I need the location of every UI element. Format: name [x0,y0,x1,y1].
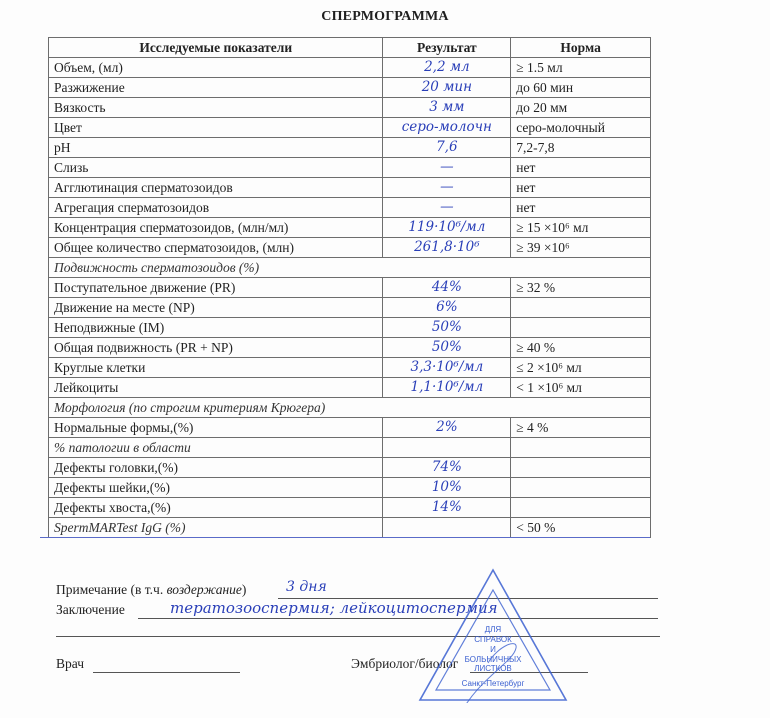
result-value: 261,8·10⁶ [383,238,511,258]
norm-value [511,318,651,338]
table-row: Объем, (мл)2,2 мл≥ 1.5 мл [49,58,651,78]
norm-value: нет [511,178,651,198]
indicator-label: Агрегация сперматозоидов [49,198,383,218]
result-value: — [383,158,511,178]
table-section-row: Морфология (по строгим критериям Крюгера… [49,398,651,418]
result-value: 74% [383,458,511,478]
table-row: Цветсеро-молочнсеро-молочный [49,118,651,138]
section-label: Подвижность сперматозоидов (%) [49,258,651,278]
result-value: 3 мм [383,98,511,118]
norm-value [511,498,651,518]
table-row: Дефекты головки,(%)74% [49,458,651,478]
table-row: Движение на месте (NP)6% [49,298,651,318]
result-value [383,438,511,458]
conclusion-underline [138,618,658,619]
norm-value: до 20 мм [511,98,651,118]
table-row: Слизь—нет [49,158,651,178]
indicator-label: Круглые клетки [49,358,383,378]
result-value: 44% [383,278,511,298]
norm-value: ≥ 32 % [511,278,651,298]
svg-text:ДЛЯ: ДЛЯ [485,625,502,634]
indicator-label: Цвет [49,118,383,138]
table-row: % патологии в области [49,438,651,458]
norm-value [511,478,651,498]
table-row: SpermMARTest IgG (%)< 50 % [49,518,651,538]
table-row: Нормальные формы,(%)2%≥ 4 % [49,418,651,438]
indicator-label: Дефекты хвоста,(%) [49,498,383,518]
norm-value [511,458,651,478]
table-row: Неподвижные (IM)50% [49,318,651,338]
result-value: 2,2 мл [383,58,511,78]
header-result: Результат [383,38,511,58]
indicator-label: Нормальные формы,(%) [49,418,383,438]
svg-text:И: И [490,645,496,654]
table-row: Общее количество сперматозоидов, (млн)26… [49,238,651,258]
table-row: Круглые клетки3,3·10⁶/мл≤ 2 ×10⁶ мл [49,358,651,378]
table-row: Поступательное движение (PR)44%≥ 32 % [49,278,651,298]
indicator-label: Объем, (мл) [49,58,383,78]
result-value: 3,3·10⁶/мл [383,358,511,378]
doctor-label: Врач [56,656,84,672]
norm-value: ≥ 1.5 мл [511,58,651,78]
indicator-label: Неподвижные (IM) [49,318,383,338]
extra-underline [56,636,660,637]
page-title: СПЕРМОГРАММА [0,9,770,25]
table-row: Лейкоциты1,1·10⁶/мл< 1 ×10⁶ мл [49,378,651,398]
indicator-label: Агглютинация сперматозоидов [49,178,383,198]
indicator-label: SpermMARTest IgG (%) [49,518,383,538]
stamp: ДЛЯ СПРАВОК И БОЛЬНИЧНЫХ ЛИСТКОВ Санкт-П… [418,568,568,708]
result-value: 119·10⁶/мл [383,218,511,238]
indicator-label: Слизь [49,158,383,178]
table-row: Агрегация сперматозоидов—нет [49,198,651,218]
indicator-label: Дефекты шейки,(%) [49,478,383,498]
section-label: Морфология (по строгим критериям Крюгера… [49,398,651,418]
result-value: серо-молочн [383,118,511,138]
indicator-label: Разжижение [49,78,383,98]
header-norm: Норма [511,38,651,58]
svg-text:ЛИСТКОВ: ЛИСТКОВ [474,664,512,673]
norm-value [511,298,651,318]
norm-value: до 60 мин [511,78,651,98]
norm-value: < 50 % [511,518,651,538]
note-value: 3 дня [286,579,327,595]
norm-value: ≥ 15 ×10⁶ мл [511,218,651,238]
indicator-label: Общее количество сперматозоидов, (млн) [49,238,383,258]
result-value: 50% [383,318,511,338]
table-row: Агглютинация сперматозоидов—нет [49,178,651,198]
indicator-label: Поступательное движение (PR) [49,278,383,298]
table-body: Объем, (мл)2,2 мл≥ 1.5 млРазжижение20 ми… [49,58,651,538]
result-value: 6% [383,298,511,318]
doctor-signature-line [93,672,240,673]
triangle-stamp-icon: ДЛЯ СПРАВОК И БОЛЬНИЧНЫХ ЛИСТКОВ Санкт-П… [418,568,568,703]
spermogram-table: Исследуемые показатели Результат Норма О… [48,37,651,538]
table-row: Дефекты шейки,(%)10% [49,478,651,498]
indicator-label: pH [49,138,383,158]
indicator-label: Движение на месте (NP) [49,298,383,318]
norm-value: ≥ 39 ×10⁶ [511,238,651,258]
indicator-label: Концентрация сперматозоидов, (млн/мл) [49,218,383,238]
norm-value: нет [511,158,651,178]
table-row: pH7,67,2-7,8 [49,138,651,158]
table-row: Дефекты хвоста,(%)14% [49,498,651,518]
norm-value: < 1 ×10⁶ мл [511,378,651,398]
result-value: — [383,178,511,198]
norm-value: нет [511,198,651,218]
strike-through-line [40,537,650,538]
indicator-label: % патологии в области [49,438,383,458]
svg-text:Санкт-Петербург: Санкт-Петербург [462,679,525,688]
result-value: 20 мин [383,78,511,98]
svg-text:БОЛЬНИЧНЫХ: БОЛЬНИЧНЫХ [465,655,523,664]
table-row: Общая подвижность (PR + NP)50%≥ 40 % [49,338,651,358]
indicator-label: Вязкость [49,98,383,118]
result-value: 50% [383,338,511,358]
conclusion-label: Заключение [56,602,125,618]
result-value: 14% [383,498,511,518]
result-value: — [383,198,511,218]
indicator-label: Дефекты головки,(%) [49,458,383,478]
table-section-row: Подвижность сперматозоидов (%) [49,258,651,278]
result-value [383,518,511,538]
result-value: 7,6 [383,138,511,158]
svg-text:СПРАВОК: СПРАВОК [474,635,512,644]
norm-value: ≤ 2 ×10⁶ мл [511,358,651,378]
table-row: Концентрация сперматозоидов, (млн/мл)119… [49,218,651,238]
table-header-row: Исследуемые показатели Результат Норма [49,38,651,58]
norm-value: ≥ 4 % [511,418,651,438]
note-label: Примечание (в т.ч. воздержание) [56,582,246,598]
result-value: 2% [383,418,511,438]
indicator-label: Общая подвижность (PR + NP) [49,338,383,358]
norm-value: серо-молочный [511,118,651,138]
table-row: Разжижение20 миндо 60 мин [49,78,651,98]
result-value: 1,1·10⁶/мл [383,378,511,398]
header-indicator: Исследуемые показатели [49,38,383,58]
table-row: Вязкость3 ммдо 20 мм [49,98,651,118]
norm-value [511,438,651,458]
result-value: 10% [383,478,511,498]
indicator-label: Лейкоциты [49,378,383,398]
norm-value: 7,2-7,8 [511,138,651,158]
norm-value: ≥ 40 % [511,338,651,358]
